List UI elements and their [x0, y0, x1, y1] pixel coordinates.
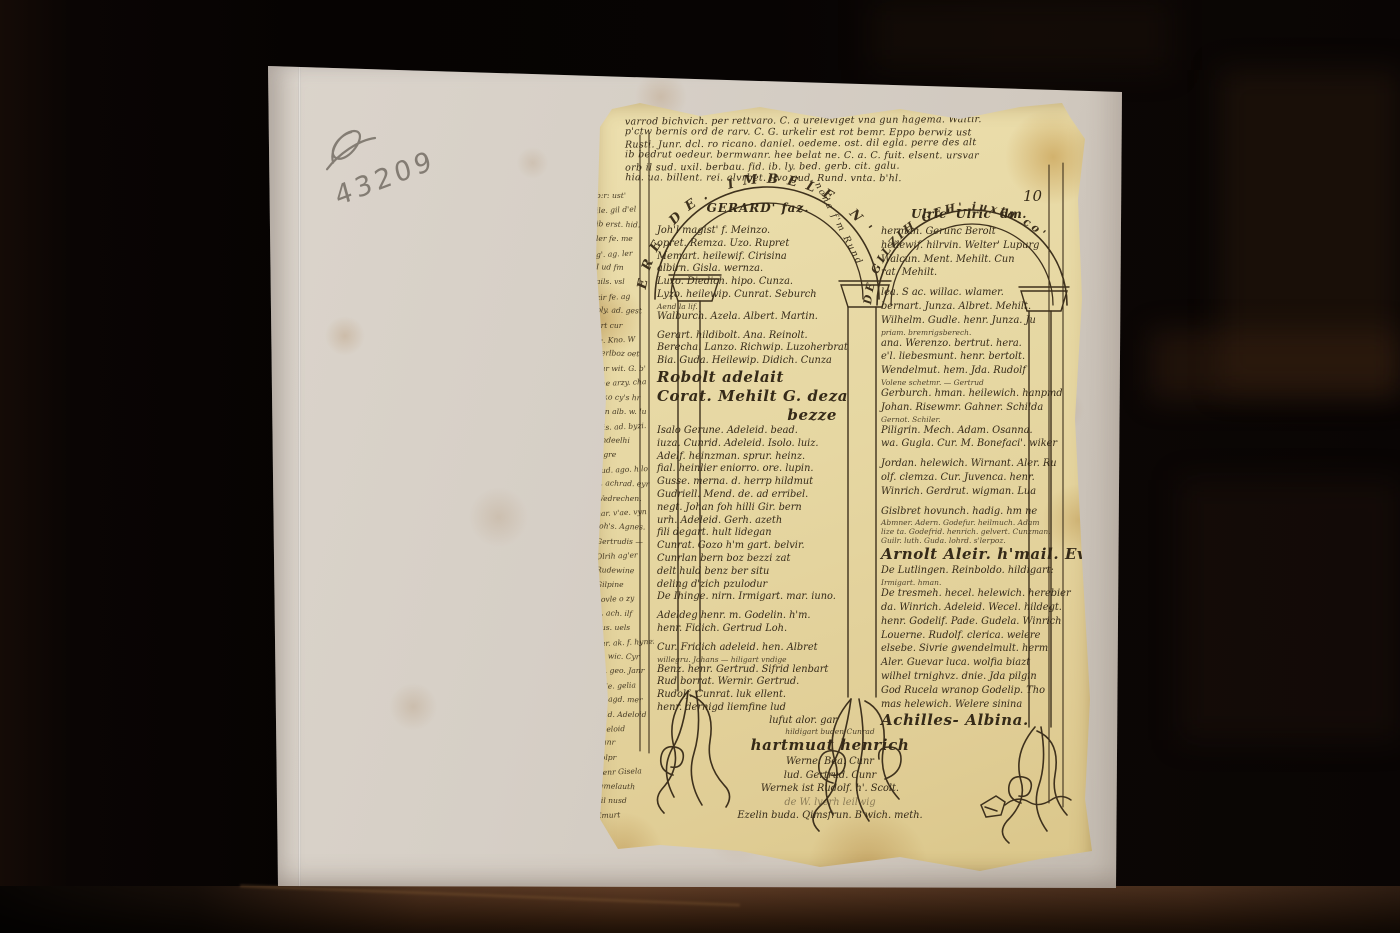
book-cover: 43209	[268, 64, 1122, 888]
manuscript-line: Cur. Fridich adeleid. hen. Albret	[657, 642, 853, 655]
margin-note: Jemelauth	[596, 779, 654, 795]
manuscript-line: wilhel trnighvz. dnie. Jda pilgin	[881, 670, 1059, 684]
margin-note: hyld. Adeloid	[596, 708, 654, 722]
manuscript-line: Winrich. Gerdrut. wigman. Lua	[881, 485, 1059, 499]
manuscript-line: Ezelin buda. Qimsfrun. B'wich. meth.	[675, 809, 985, 823]
bookshelf-background	[870, 0, 1170, 70]
manuscript-line: albirn. Gisla. wernza.	[657, 263, 853, 276]
manuscript-line: heilewif. hilrvin. Welter' Lupurg	[881, 239, 1059, 253]
manuscript-line: bernart. Junza. Albret. Mehilt.	[881, 300, 1059, 314]
manuscript-line: Cunrlan bern boz bezzi zat	[657, 553, 853, 566]
manuscript-line: Volene schetmr. — Gertrud	[881, 378, 1059, 387]
margin-note: ib erst. hid.	[596, 217, 654, 233]
manuscript-line: Gerburch. hman. heilewich. hanpmd	[881, 387, 1059, 401]
manuscript-line: hildigart buden Cunrad	[675, 727, 985, 736]
manuscript-line: mas helewich. Welere sinina	[881, 698, 1059, 712]
margin-note: Gertrudis —	[596, 535, 654, 549]
top-text-block: varrod bichvich. per rettvaro. C. a urel…	[625, 113, 1073, 185]
manuscript-line: lufut alor. gar	[657, 715, 853, 728]
margin-note: Rudewine	[596, 563, 654, 579]
manuscript-line: Jordan. helewich. Wirnant. Aler. Ru	[881, 457, 1059, 471]
manuscript-line: Bia. Guda. Heilewip. Didich. Cunza	[657, 355, 853, 368]
manuscript-line: Adeldeg henr. m. Godelin. h'm.	[657, 610, 853, 623]
manuscript-line: Benz. henr. Gertrud. Sifrid lenbart	[657, 664, 853, 677]
margin-note: Joh's. Agnes.	[596, 520, 654, 536]
manuscript-line: fial. heinlier eniorro. ore. lupin.	[657, 463, 853, 476]
manuscript-line: bezze	[657, 406, 853, 425]
margin-note: er. agd. mer	[596, 692, 654, 708]
manuscript-line: ana. Werenzo. bertrut. hera.	[881, 337, 1059, 351]
manuscript-line: Guilr. luth. Guda. lohrd. s'lerpoz.	[881, 536, 1059, 545]
manuscript-line: Gudriell. Mend. de. ad erribel.	[657, 489, 853, 502]
manuscript-line: elsebe. Sivrie gwendelmult. herm	[881, 642, 1059, 656]
manuscript-line: Werne. Bea. Cunr	[675, 755, 985, 769]
manuscript-line: Aler. Guevar luca. wolfia biazt	[881, 656, 1059, 670]
manuscript-line: iuza. Cunrid. Adeleid. Isolo. luiz.	[657, 438, 853, 451]
manuscript-line: Abmner. Adern. Godefur. heilmuch. Adam	[881, 518, 1059, 527]
column-base-foliage-right	[1002, 727, 1067, 843]
manuscript-line: negt. Johan foh hilli Gir. bern	[657, 502, 853, 515]
manuscript-line: Johan. Risewmr. Gahner. Schilda	[881, 401, 1059, 415]
manuscript-line: ib bedrut oedeur. bermwanr. hee belat ne…	[625, 149, 1073, 162]
margin-note: lugre	[596, 448, 654, 462]
manuscript-line: delt huld benz ber situ	[657, 566, 853, 579]
manuscript-line: da. Winrich. Adeleid. Wecel. hildegt.	[881, 601, 1059, 615]
manuscript-line: rat. Mehilt.	[881, 266, 1059, 280]
margin-note: J'. ach. ilf	[596, 606, 654, 622]
manuscript-line: Robolt adelait	[657, 368, 853, 387]
manuscript-line: Louerne. Rudolf. clerica. welere	[881, 629, 1059, 643]
left-column-text: Joh'l magist' f. Meinzo.opret. Remza. Uz…	[657, 225, 853, 728]
bottom-text-block: hildigart buden Cunradhartmuat henrichWe…	[675, 727, 985, 823]
manuscript-line: fili degart. hult lidegan	[657, 527, 853, 540]
manuscript-line: Aend la lif.	[657, 302, 853, 311]
manuscript-line: De Ihinge. nirn. Irmigart. mar. iuno.	[657, 591, 853, 604]
manuscript-line: henr. Godelif. Pade. Gudela. Winrich	[881, 615, 1059, 629]
manuscript-line: herman. Gerunc Berolt	[881, 225, 1059, 239]
bookshelf-background	[1150, 330, 1400, 400]
right-arch-title: Ulric' Ulric' dm.	[885, 207, 1053, 221]
cover-crease-line	[298, 64, 301, 888]
bookshelf-background	[1220, 70, 1400, 390]
manuscript-line: Wilhelm. Gudle. henr. Junza. Ju	[881, 314, 1059, 328]
margin-note: lu'le. gelia	[596, 678, 655, 695]
manuscript-line: De Lutlingen. Reinboldo. hildigart:	[881, 564, 1059, 578]
manuscript-line: e'l. liebesmunt. henr. bertolt.	[881, 350, 1059, 364]
manuscript-line: deling d'zich pzulodur	[657, 579, 853, 592]
margin-note: ails. vsl	[596, 275, 654, 289]
manuscript-line: Rudolf. Cunrat. luk ellent.	[657, 689, 853, 702]
page-number: 10	[1023, 187, 1042, 205]
manuscript-line: Cunrat. Gozo h'm gart. belvir.	[657, 540, 853, 553]
margin-notes-column: b:r: ust'ile. gil d'elib erst. hid.ler f…	[596, 189, 654, 823]
manuscript-line: lize ta. Godefrid. henrich. gelvert. Cun…	[881, 527, 1059, 536]
manuscript-line: lea. S ac. willac. wlamer.	[881, 286, 1059, 300]
margin-note: bus. uels	[596, 621, 654, 635]
manuscript-line: hartmuat henrich	[675, 736, 985, 755]
right-column-text: herman. Gerunc Beroltheilewif. hilrvin. …	[881, 225, 1059, 730]
manuscript-line: Adelf. heinzman. sprur. heinz.	[657, 451, 853, 464]
manuscript-line: Gusse. merna. d. herrp hildmut	[657, 476, 853, 489]
manuscript-line: Arnolt Aleir. h'mail. Eveza	[881, 545, 1059, 564]
margin-note: ye. geo. Janr	[596, 664, 654, 678]
manuscript-line: Isalo Gerune. Adeleid. bead.	[657, 425, 853, 438]
manuscript-line: lud. Gertrud. Cunr	[675, 769, 985, 783]
table-surface	[0, 886, 1400, 933]
manuscript-line: Memart. heilewif. Cirisina	[657, 251, 853, 264]
manuscript-line: God Rucela wranop Godelip. Tho	[881, 684, 1059, 698]
manuscript-line: Irmigart. hman.	[881, 578, 1059, 587]
margin-note: I ud fm	[596, 260, 654, 276]
margin-note: ler fe. me	[596, 232, 654, 246]
margin-note: Imdeelhi	[596, 433, 654, 449]
manuscript-line: Gerart. hildibolt. Ana. Reinolt.	[657, 330, 853, 343]
manuscript-line: Luzo. Diedich. hipo. Cunza.	[657, 276, 853, 289]
margin-note: eyn alb. w. lu	[596, 405, 654, 419]
margin-note: Wedrechen.	[596, 492, 654, 506]
manuscript-line: Corat. Mehilt G. deza	[657, 387, 853, 406]
margin-note: ort cur	[596, 319, 654, 333]
manuscript-line: Wendelmut. hem. Jda. Rudolf	[881, 364, 1059, 378]
margin-note: Olrih ag'er	[596, 548, 655, 565]
manuscript-line: willegru. Johans — hiligart vndige	[657, 655, 853, 664]
margin-note: berlboz oet	[596, 347, 654, 363]
manuscript-line: Walburch. Azela. Albert. Martin.	[657, 311, 853, 324]
manuscript-line: olf. clemza. Cur. Juvenca. henr.	[881, 471, 1059, 485]
margin-note: iuko cy's hr	[596, 390, 654, 406]
manuscript-line: urh. Adeleid. Gerh. azeth	[657, 515, 853, 528]
manuscript-facsimile: ERE DE. IMBELE N' DE GILZIH GEH' iuxta c…	[593, 103, 1093, 875]
manuscript-line: Rud borrat. Wernir. Gertrud.	[657, 676, 853, 689]
manuscript-line: wa. Gugla. Cur. M. Bonefaci'. wiker	[881, 437, 1059, 451]
margin-note: ie. wic. Cyr	[596, 649, 654, 665]
manuscript-line: henr. Fidich. Gertrud Loh.	[657, 623, 853, 636]
manuscript-line: priam. bremrigsberech.	[881, 328, 1059, 337]
manuscript-line: p'ctw bernis ord de rarv. C. G. urkelir …	[625, 126, 1073, 139]
manuscript-line: de W. lverh leilwig	[675, 796, 985, 810]
manuscript-line: Gernot. Schiler.	[881, 415, 1059, 424]
photograph-scene: 43209	[0, 0, 1400, 933]
margin-note: Emurt	[596, 807, 655, 824]
margin-note: l'. achrad. eyr	[596, 476, 654, 492]
manuscript-line: Berecha. Lanzo. Richwip. Luzoherbrat	[657, 342, 853, 355]
manuscript-line: De tresmeh. hecel. helewich. herebier	[881, 587, 1059, 601]
manuscript-line: Joh'l magist' f. Meinzo.	[657, 225, 853, 238]
bookshelf-background	[1180, 480, 1400, 740]
margin-note: Henr Gisela	[596, 764, 655, 781]
margin-note: ply. ad. gest	[596, 303, 654, 319]
manuscript-line: Piligrin. Mech. Adam. Osanna.	[881, 424, 1059, 438]
manuscript-line: Walcun. Ment. Mehilt. Cun	[881, 253, 1059, 267]
margin-note: Cunr	[596, 736, 654, 752]
manuscript-line: Wernek ist Rudolf. h'. Scolt.	[675, 782, 985, 796]
margin-note: ime arzy. cha	[596, 375, 655, 392]
manuscript-line: opret. Remza. Uzo. Rupret	[657, 238, 853, 251]
manuscript-line: hia. ua. billent. rei. alvrbet. ilvo gud…	[625, 172, 1073, 185]
pencil-annotation: 43209	[302, 59, 558, 269]
manuscript-line: Lyzo. heilewip. Cunrat. Seburch	[657, 289, 853, 302]
manuscript-line: Gislbret hovunch. hadig. hm ne	[881, 505, 1059, 519]
manuscript-line: henr. dernigd liemfine lud	[657, 702, 853, 715]
